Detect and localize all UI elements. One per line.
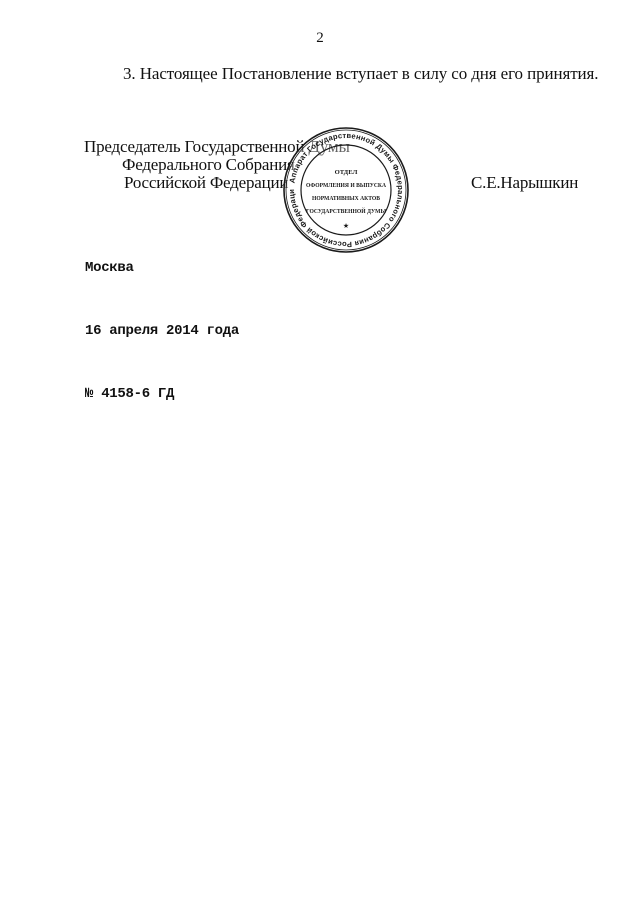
clause-paragraph: 3. Настоящее Постановление вступает в си… (123, 64, 598, 84)
place-date-block: Москва 16 апреля 2014 года № 4158-6 ГД (85, 216, 239, 447)
page-number: 2 (0, 30, 640, 47)
stamp-seal-icon: Аппарат Государственной Думы Федеральног… (281, 125, 411, 255)
document-number: № 4158-6 ГД (85, 384, 239, 405)
stamp-center-line-1: ОТДЕЛ (335, 169, 358, 176)
official-stamp: Аппарат Государственной Думы Федеральног… (281, 125, 411, 255)
stamp-star: ★ (343, 222, 349, 230)
stamp-center-line-3: НОРМАТИВНЫХ АКТОВ (312, 195, 381, 202)
signer-name: С.Е.Нарышкин (471, 173, 578, 193)
stamp-center-line-2: ОФОРМЛЕНИЯ И ВЫПУСКА (306, 182, 386, 189)
place: Москва (85, 258, 239, 279)
stamp-center-line-4: ГОСУДАРСТВЕННОЙ ДУМЫ (306, 207, 386, 215)
date: 16 апреля 2014 года (85, 321, 239, 342)
